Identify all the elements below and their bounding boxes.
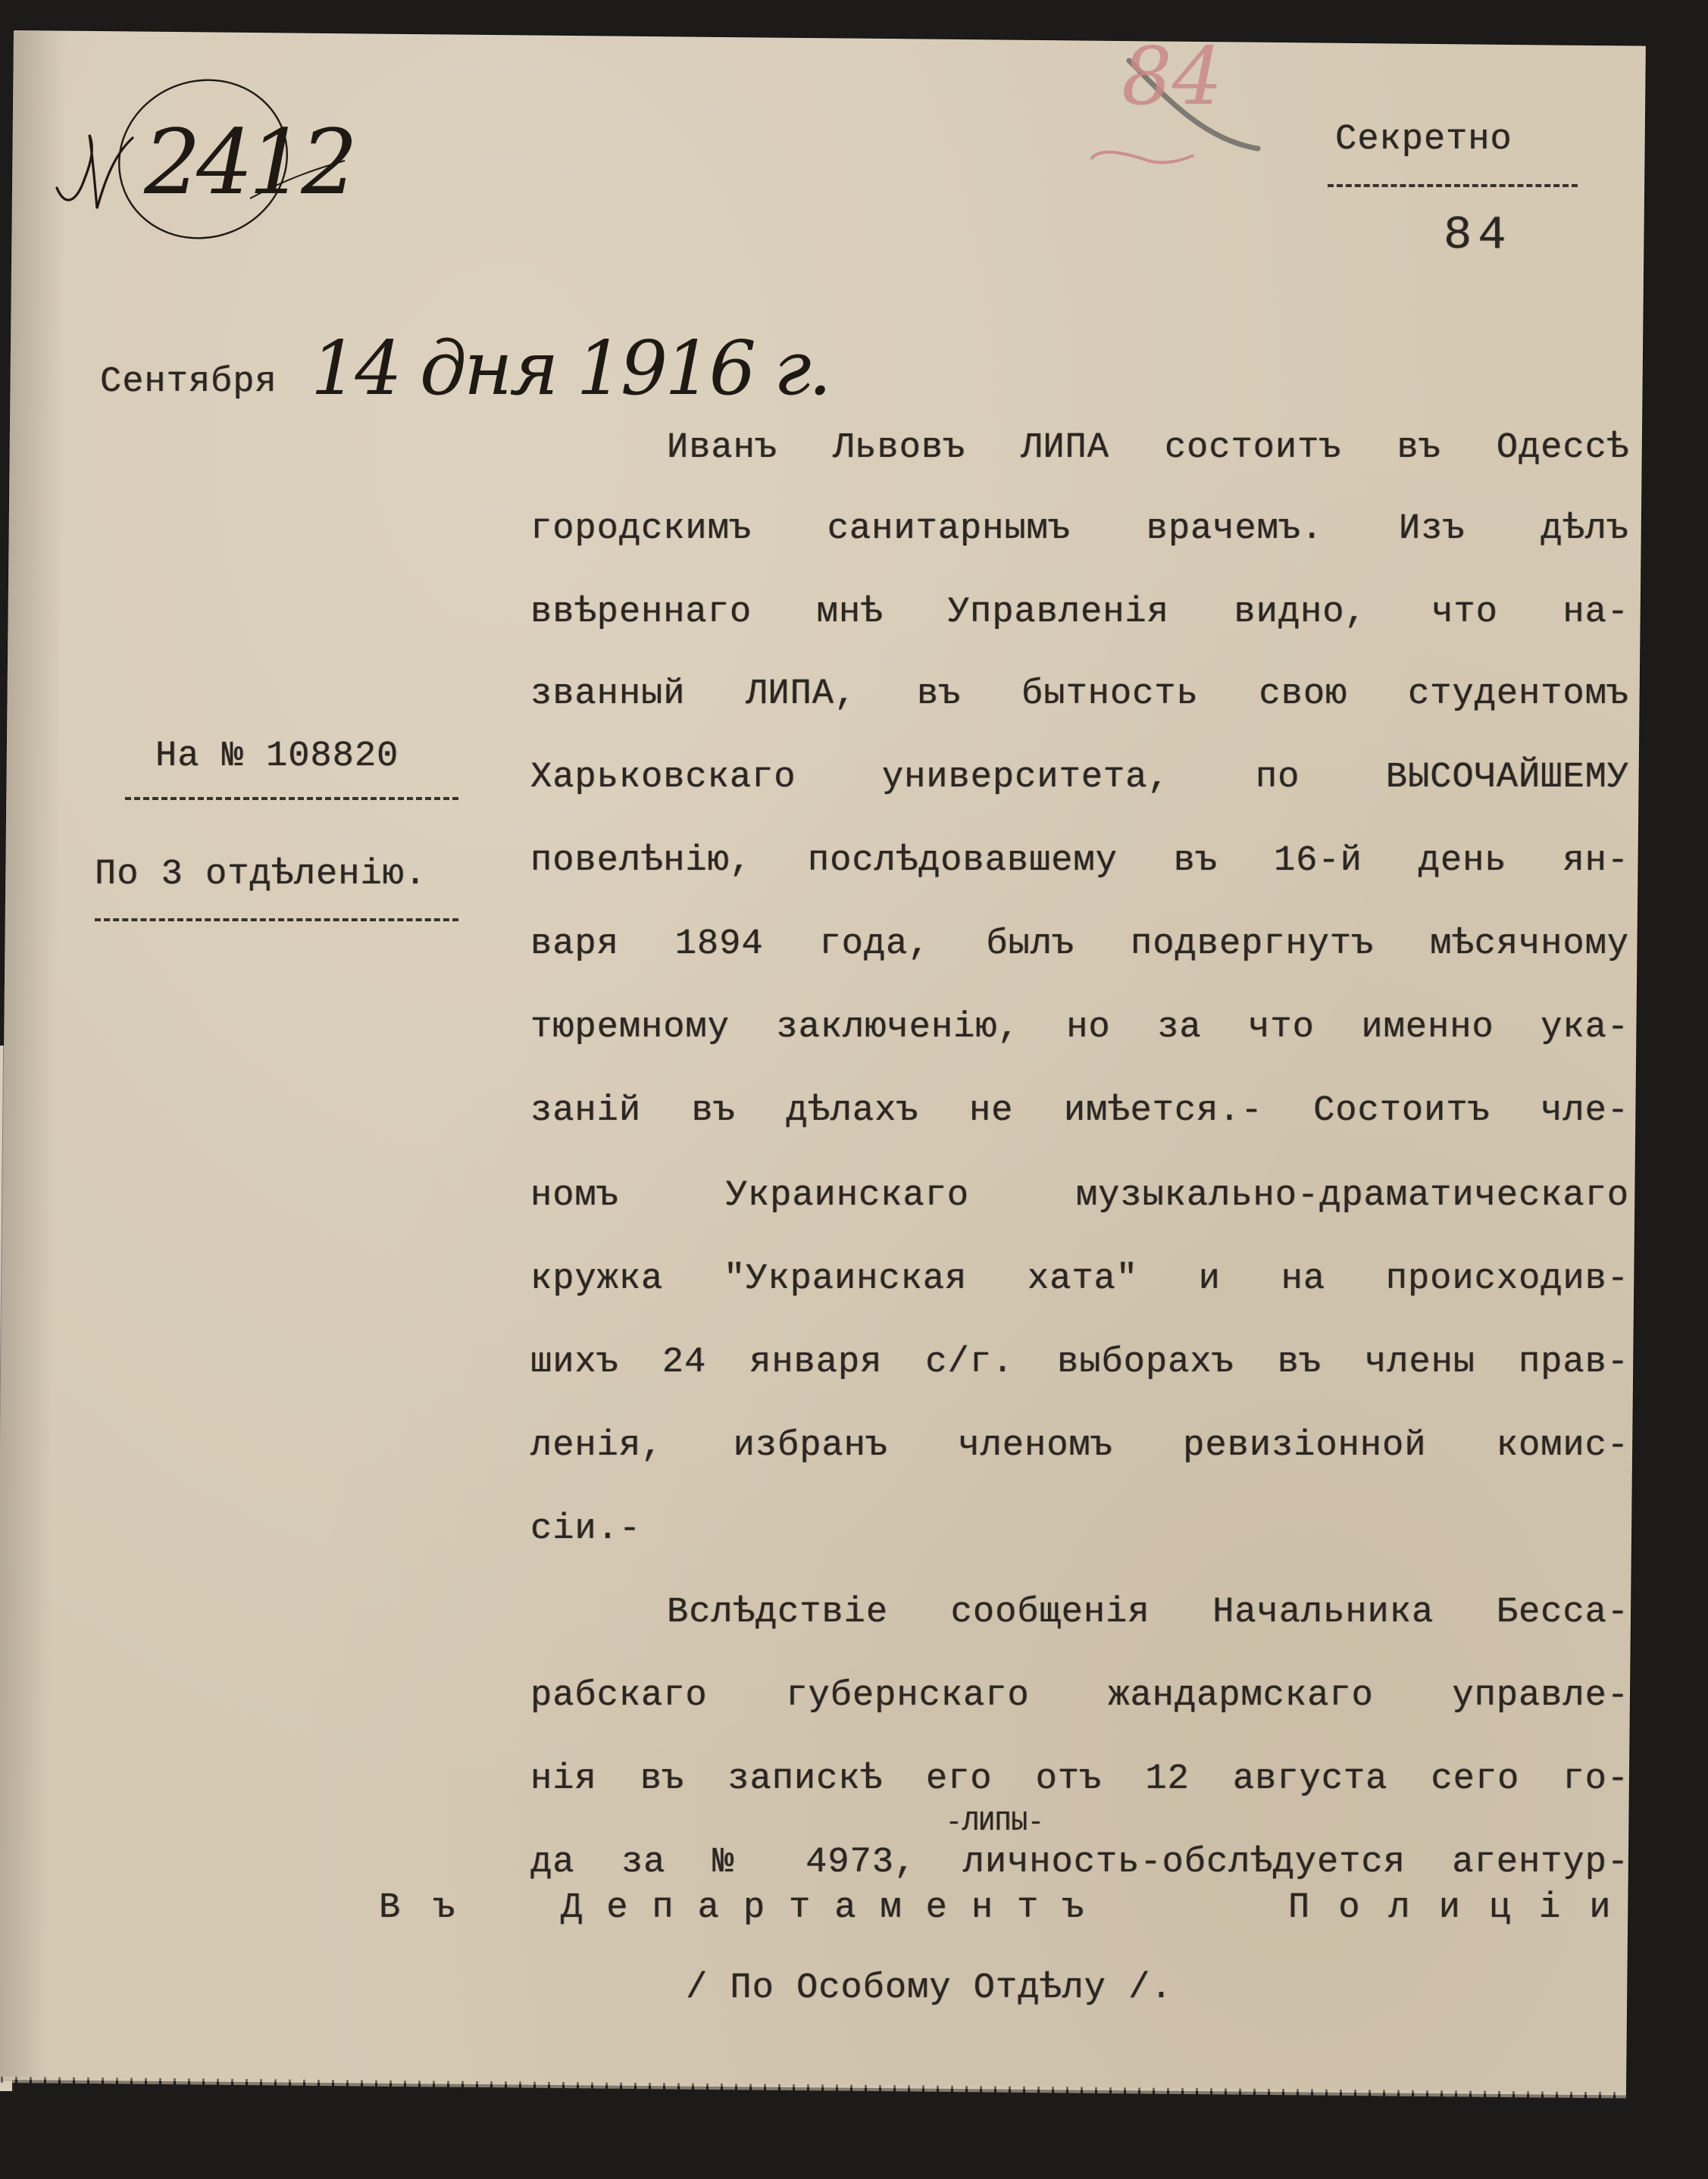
body-line: рабскаго губернскаго жандармскаго управл… [530, 1676, 1629, 1716]
insertion-above-line: -ЛИПЫ- [946, 1807, 1044, 1838]
reference-divider [125, 797, 458, 800]
addressee-word: Полиціи [1288, 1888, 1639, 1928]
body-line: Вслѣдствіе сообщенія Начальника Бесса- [667, 1593, 1629, 1633]
body-line: ленія, избранъ членомъ ревизіонной комис… [530, 1426, 1629, 1466]
pencil-sheet-number: 84 [1121, 30, 1223, 123]
body-line: да за № 4973, личность-обслѣдуется агент… [530, 1843, 1629, 1883]
secret-divider [1328, 184, 1578, 187]
body-line: повелѣнію, послѣдовавшему въ 16-й день я… [530, 841, 1629, 881]
addressee-word: Департаментъ [561, 1888, 1108, 1928]
body-line: заній въ дѣлахъ не имѣется.- Состоитъ чл… [530, 1091, 1629, 1131]
reference-number: На № 108820 [155, 736, 399, 777]
body-line: званный ЛИПА, въ бытность свою студентом… [530, 674, 1629, 714]
date-month: Сентября [100, 362, 277, 402]
body-line: шихъ 24 января с/г. выборахъ въ члены пр… [530, 1343, 1629, 1383]
body-line: Иванъ Львовъ ЛИПА состоитъ въ Одессѣ [667, 428, 1629, 468]
body-line: Харьковскаго университета, по ВЫСОЧАЙШЕМ… [530, 758, 1629, 798]
date-handwritten: 14 дня 1916 г. [311, 326, 829, 412]
body-line: номъ Украинскаго музыкально-драматическа… [530, 1176, 1629, 1216]
department-note: По 3 отдѣленію. [95, 855, 427, 895]
addressee-word: Въ [379, 1888, 488, 1928]
addressee-department: / По Особому Отдѣлу /. [686, 1968, 1173, 2009]
body-line: сіи.- [530, 1509, 1629, 1549]
typed-sheet-number: 84 [1444, 208, 1512, 262]
body-line: нія въ запискѣ его отъ 12 августа сего г… [530, 1759, 1629, 1799]
body-line: варя 1894 года, былъ подвергнутъ мѣсячно… [530, 924, 1629, 964]
body-line: тюремному заключенію, но за что именно у… [530, 1008, 1629, 1048]
body-line: ввѣреннаго мнѣ Управленія видно, что на- [530, 592, 1629, 633]
handwritten-document-number: 2412 [144, 110, 353, 214]
body-line: городскимъ санитарнымъ врачемъ. Изъ дѣлъ [530, 509, 1629, 549]
department-divider [95, 918, 458, 921]
document-content: № 2412 84 Секретно 84 Сентября 14 дня 19… [0, 0, 1708, 2179]
secret-label: Секретно [1335, 120, 1512, 160]
body-line: кружка "Украинская хата" и на происходив… [530, 1259, 1629, 1299]
